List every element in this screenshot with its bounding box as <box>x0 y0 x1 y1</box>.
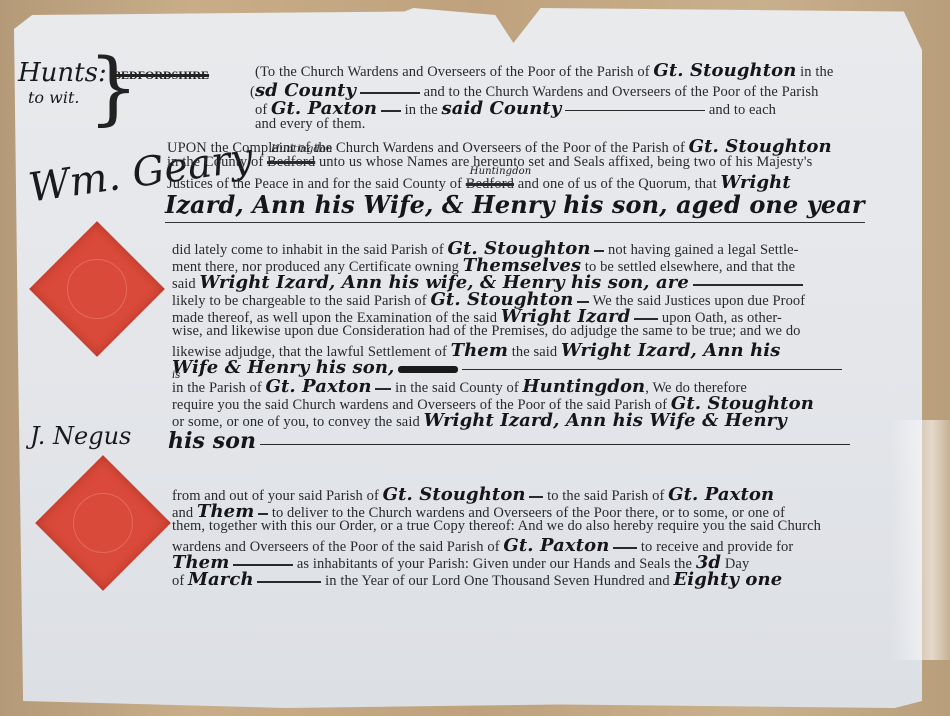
address-line-1: (To the Church Wardens and Overseers of … <box>255 60 833 81</box>
address-line-4: and every of them. <box>255 116 366 133</box>
plastic-sleeve-glare <box>890 420 950 660</box>
complaint-line-4: Izard, Ann his Wife, & Henry his son, ag… <box>165 190 865 219</box>
struck-heading: BEDFORDSHIRE <box>113 68 209 83</box>
order-line-22: of March in the Year of our Lord One Tho… <box>172 569 782 590</box>
to-wit: to wit. <box>28 88 79 107</box>
signature-2: J. Negus <box>30 422 131 450</box>
body-line-10: wise, and likewise upon due Consideratio… <box>172 323 801 340</box>
body-line-16: his son <box>168 428 850 454</box>
brace: } <box>88 48 139 128</box>
body-line-12: Wife & Henry his son, <box>172 357 842 378</box>
divider <box>165 222 865 223</box>
order-line-19: them, together with this our Order, or a… <box>172 518 821 535</box>
